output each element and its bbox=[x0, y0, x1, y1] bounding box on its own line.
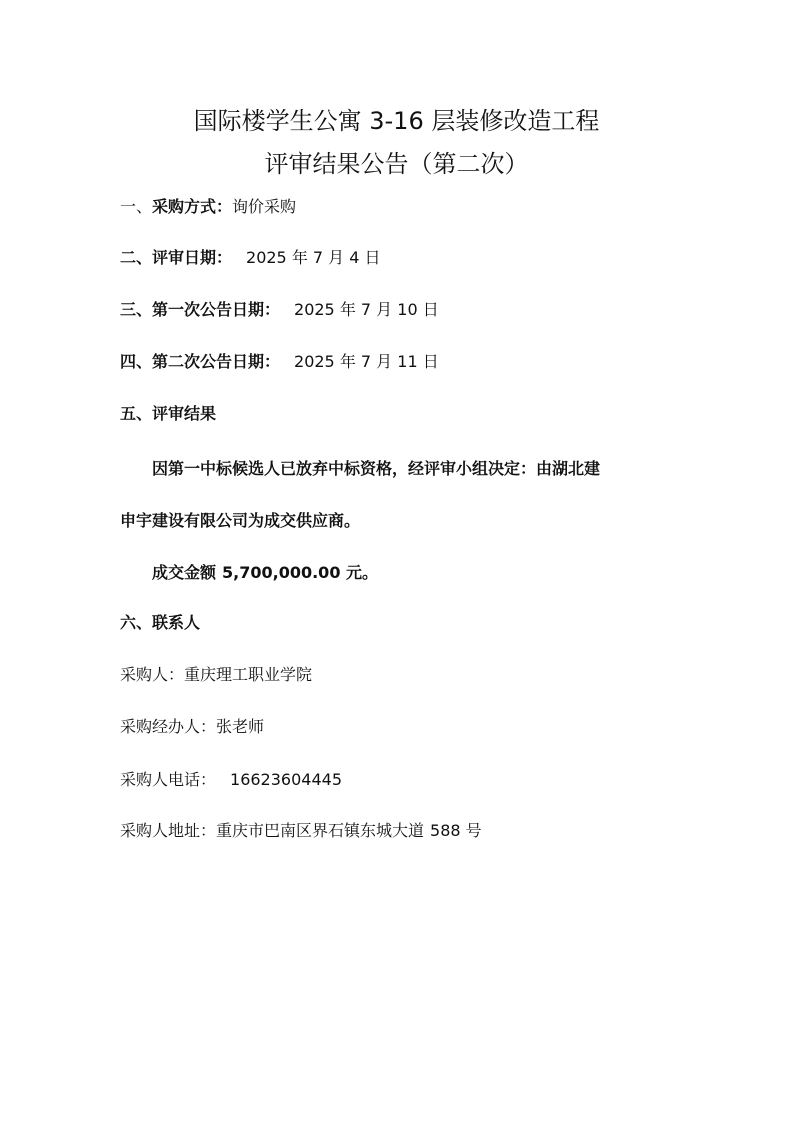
agent-label: 采购经办人： bbox=[120, 717, 216, 736]
section-contact-heading: 六、联系人 bbox=[120, 613, 200, 633]
document-page: 国际楼学生公寓 3-16 层装修改造工程 评审结果公告（第二次） 一、采购方式：… bbox=[0, 0, 793, 1122]
section-label: 二、评审日期： bbox=[120, 248, 232, 267]
contact-phone: 采购人电话：16623604445 bbox=[120, 770, 342, 790]
address-number: 588 号 bbox=[430, 821, 482, 840]
section-label: 采购方式： bbox=[152, 197, 232, 216]
review-result-paragraph-line1: 因第一中标候选人已放弃中标资格，经评审小组决定：由湖北建 bbox=[152, 459, 600, 479]
amount-value: 5,700,000.00 元。 bbox=[222, 563, 378, 582]
second-announcement-date-value: 2025 年 7 月 11 日 bbox=[294, 352, 439, 371]
section-review-result-heading: 五、评审结果 bbox=[120, 404, 216, 424]
address-value: 重庆市巴南区界石镇东城大道 bbox=[216, 821, 424, 840]
review-result-paragraph-line2: 申宇建设有限公司为成交供应商。 bbox=[120, 511, 360, 531]
first-announcement-date-value: 2025 年 7 月 10 日 bbox=[294, 300, 439, 319]
procurement-method-value: 询价采购 bbox=[232, 197, 296, 216]
section-review-date: 二、评审日期：2025 年 7 月 4 日 bbox=[120, 248, 381, 268]
section-label: 四、第二次公告日期： bbox=[120, 352, 280, 371]
section-label: 三、第一次公告日期： bbox=[120, 300, 280, 319]
contact-address: 采购人地址：重庆市巴南区界石镇东城大道588 号 bbox=[120, 821, 482, 841]
section-number: 一、 bbox=[120, 197, 152, 216]
document-title-line2: 评审结果公告（第二次） bbox=[0, 144, 793, 179]
contact-agent: 采购经办人：张老师 bbox=[120, 717, 264, 737]
section-second-announcement-date: 四、第二次公告日期：2025 年 7 月 11 日 bbox=[120, 352, 439, 372]
agent-value: 张老师 bbox=[216, 717, 264, 736]
document-title-line1: 国际楼学生公寓 3-16 层装修改造工程 bbox=[0, 101, 793, 136]
address-label: 采购人地址： bbox=[120, 821, 216, 840]
review-date-value: 2025 年 7 月 4 日 bbox=[246, 248, 381, 267]
section-first-announcement-date: 三、第一次公告日期：2025 年 7 月 10 日 bbox=[120, 300, 439, 320]
phone-value: 16623604445 bbox=[230, 770, 342, 789]
purchaser-value: 重庆理工职业学院 bbox=[184, 665, 312, 684]
section-procurement-method: 一、采购方式：询价采购 bbox=[120, 197, 296, 217]
contact-purchaser: 采购人：重庆理工职业学院 bbox=[120, 665, 312, 685]
phone-label: 采购人电话： bbox=[120, 770, 216, 789]
purchaser-label: 采购人： bbox=[120, 665, 184, 684]
amount-label: 成交金额 bbox=[152, 563, 216, 582]
transaction-amount: 成交金额5,700,000.00 元。 bbox=[152, 563, 378, 583]
